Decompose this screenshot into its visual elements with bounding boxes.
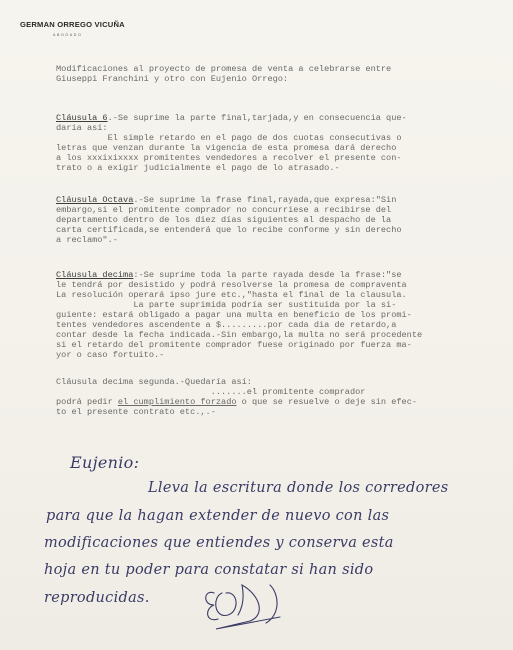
clause-text: daría así: [56, 123, 108, 133]
clause-text: embargo,si el promitente comprador no co… [56, 205, 391, 215]
clause-text: .......el promitente comprador [56, 387, 365, 397]
clause-text: departamento dentro de los diez días sig… [56, 215, 391, 225]
clause-heading: Cláusula decima segunda.-Quedaría así: [56, 377, 252, 387]
intro-paragraph: Modificaciones al proyecto de promesa de… [56, 64, 391, 84]
clausula-decima: Cláusula decima:-Se suprime toda la part… [56, 270, 422, 360]
document-page: GERMAN ORREGO VICUÑA ABOGADO Modificacio… [0, 0, 513, 650]
clause-text: .-Se suprime la frase final,rayada,que e… [133, 195, 396, 205]
clause-text: o que se resuelve o deje sin efec- [237, 397, 418, 407]
intro-line: Giuseppi Franchini y otro con Eujenio Or… [56, 74, 288, 84]
clause-text: La parte suprimida podría ser sustituida… [56, 300, 396, 310]
clause-text: si el retardo del promitente comprador f… [56, 340, 412, 350]
handwritten-salutation: Eujenio: [70, 453, 139, 472]
clause-heading: Cláusula 6 [56, 113, 108, 123]
clausula-octava: Cláusula Octava.-Se suprime la frase fin… [56, 195, 402, 245]
clause-text-underlined: el cumplimiento forzado [118, 397, 237, 407]
clause-text: El simple retardo en el pago de dos cuot… [56, 133, 402, 143]
clause-text: La resolución operará ipso jure etc.,"ha… [56, 290, 407, 300]
handwritten-line: modificaciones que entiendes y conserva … [44, 535, 394, 551]
clause-heading: Cláusula Octava [56, 195, 133, 205]
clause-text: yor o caso fortuito.- [56, 350, 164, 360]
handwritten-line: para que la hagan extender de nuevo con … [46, 508, 389, 524]
clause-text: letras que venzan durante la vigencia de… [56, 143, 396, 153]
clause-text: to el presente contrato etc.,.- [56, 407, 216, 417]
clause-text: a reclamo".- [56, 235, 118, 245]
letterhead: GERMAN ORREGO VICUÑA ABOGADO [20, 20, 125, 37]
clause-text: contar desde la fecha indicada.-Sin emba… [56, 330, 422, 340]
letterhead-title: ABOGADO [53, 33, 125, 37]
clause-text: a los xxxixixxxx promitentes vendedores … [56, 153, 402, 163]
clause-text: podrá pedir [56, 397, 118, 407]
clause-text: carta certificada,se entenderá que lo re… [56, 225, 402, 235]
clause-text: .-Se suprime la parte final,tarjada,y en… [108, 113, 407, 123]
clause-text: le tendrá por desistido y podrá resolver… [56, 280, 407, 290]
intro-line: Modificaciones al proyecto de promesa de… [56, 64, 391, 74]
clause-text: trato o a exigir judicialmente el pago d… [56, 163, 340, 173]
clause-text: :-Se suprime toda la parte rayada desde … [133, 270, 401, 280]
clause-text: guiente: estará obligado a pagar una mul… [56, 310, 412, 320]
clausula-6: Cláusula 6.-Se suprime la parte final,ta… [56, 113, 407, 173]
signature-icon [200, 575, 310, 635]
letterhead-name: GERMAN ORREGO VICUÑA [20, 20, 125, 29]
handwritten-line: Lleva la escritura donde los corredores [148, 480, 448, 496]
clause-text: tentes vendedores ascendente a $........… [56, 320, 396, 330]
handwritten-line: reproducidas. [44, 590, 150, 606]
clause-heading: Cláusula decima [56, 270, 133, 280]
clausula-decima-segunda: Cláusula decima segunda.-Quedaría así: .… [56, 377, 417, 417]
